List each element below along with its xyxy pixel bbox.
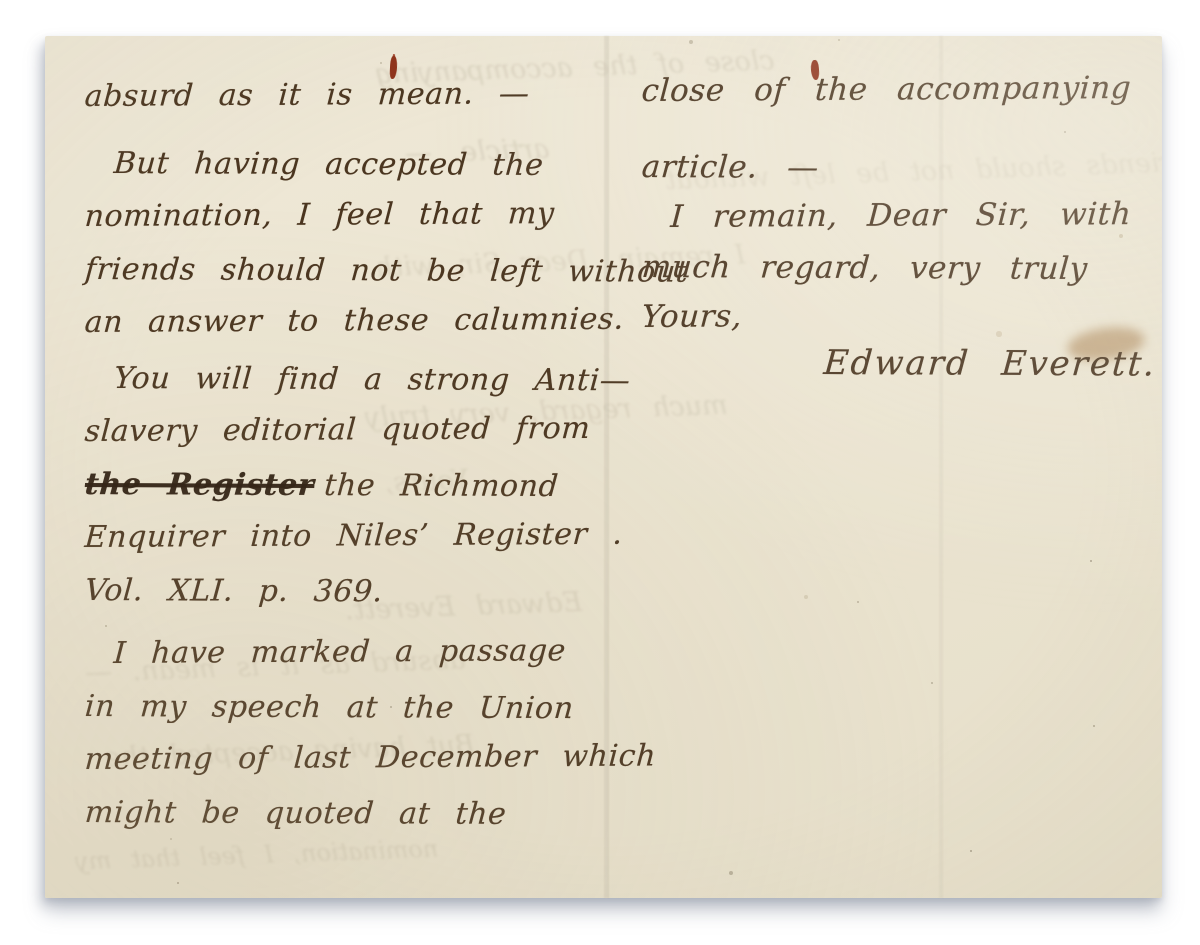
handwriting-text: I remain, Dear Sir, with	[669, 196, 1132, 235]
handwriting-text: meeting of last December which	[84, 739, 658, 777]
handwriting-text: nomination, I feel that my	[84, 196, 556, 234]
handwriting-text: Enquirer into Niles’ Register .	[84, 517, 624, 555]
handwriting-text: Edward Everett.	[822, 343, 1157, 384]
handwriting-text: close of the accompanying	[640, 70, 1132, 109]
handwriting-line: an answer to these calumnies.	[83, 292, 690, 349]
handwriting-text: You will find a strong Anti—	[113, 361, 632, 398]
handwriting-text: the Richmond	[323, 468, 560, 504]
handwriting-text: an answer to these calumnies.	[84, 302, 626, 340]
handwriting-text: slavery editorial quoted from	[84, 411, 592, 449]
handwriting-text: might be quoted at the	[84, 795, 508, 832]
handwriting-line: Yours,	[640, 289, 1158, 342]
handwriting-line: But having accepted the	[112, 137, 690, 193]
left-page-text: absurd as it is mean. —But having accept…	[83, 70, 687, 839]
handwriting-text: in my speech at the Union	[84, 689, 575, 726]
paper-specks	[45, 36, 47, 38]
handwriting-line: in my speech at the Union	[83, 680, 690, 736]
handwriting-text: But having accepted the	[113, 146, 545, 183]
handwriting-line: I have marked a passage	[112, 623, 690, 680]
handwriting-line: Vol. XLI. p. 369.	[83, 564, 690, 620]
handwriting-line: I remain, Dear Sir, with	[669, 189, 1158, 242]
bleedthrough-writing: nomination, I feel that my	[75, 835, 439, 876]
handwriting-text: Yours,	[640, 298, 743, 335]
handwriting-text: Vol. XLI. p. 369.	[84, 573, 385, 609]
handwriting-line: absurd as it is mean. —	[83, 66, 690, 123]
handwriting-line: nomination, I feel that my	[83, 186, 690, 243]
handwriting-line: close of the accompanying	[640, 63, 1158, 116]
handwriting-line: might be quoted at the	[83, 786, 690, 842]
right-page-text: close of the accompanyingarticle. —I rem…	[640, 66, 1154, 388]
handwriting-line: article. —	[640, 142, 1158, 194]
handwriting-text: much regard, very truly	[641, 249, 1089, 287]
struck-out-text: the Register	[84, 467, 316, 503]
handwriting-text: friends should not be left without	[84, 252, 690, 290]
handwriting-line: slavery editorial quoted from	[83, 401, 690, 458]
handwriting-line: meeting of last December which	[83, 729, 690, 786]
handwriting-line: the Registerthe Richmond	[83, 458, 690, 514]
handwriting-line: much regard, very truly	[640, 242, 1158, 294]
handwriting-text: absurd as it is mean. —	[84, 76, 531, 114]
handwriting-line: Enquirer into Niles’ Register .	[83, 507, 690, 564]
photograph-background: close of the accompanyingarticle. —I rem…	[0, 0, 1200, 945]
handwriting-text: I have marked a passage	[113, 633, 568, 671]
signature-line: Edward Everett.	[822, 338, 1158, 389]
letter-sheet: close of the accompanyingarticle. —I rem…	[45, 36, 1162, 898]
handwriting-text: article. —	[641, 149, 821, 186]
handwriting-line: You will find a strong Anti—	[112, 352, 690, 408]
handwriting-line: friends should not be left without	[83, 243, 690, 299]
